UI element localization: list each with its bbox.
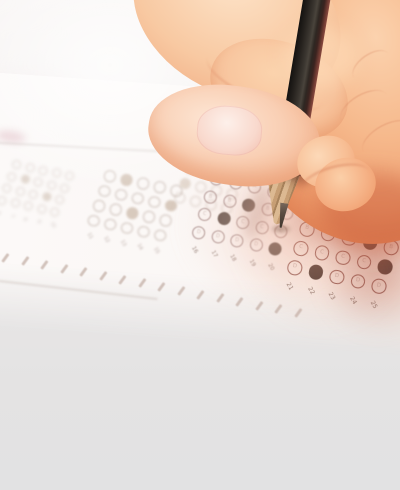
timing-mark — [21, 256, 29, 266]
timing-mark — [197, 289, 205, 299]
question-number: 12 — [102, 236, 109, 244]
question-number: 8 — [21, 217, 26, 222]
answer-bubble — [137, 225, 150, 238]
answer-bubble — [120, 221, 133, 234]
timing-mark — [138, 278, 146, 288]
answer-bubble — [50, 207, 60, 217]
timing-mark — [80, 267, 88, 277]
question-number: 15 — [152, 247, 159, 255]
answer-bubble — [28, 189, 38, 199]
answer-bubble — [36, 204, 46, 214]
answer-bubble — [2, 183, 12, 193]
photo-scene: 6789101112131415ABCD16ABD17ACD18ABCD19AB… — [0, 0, 400, 490]
answer-bubble — [0, 195, 7, 205]
answer-bubble — [54, 195, 64, 205]
answer-bubble — [104, 218, 117, 231]
timing-mark — [216, 293, 224, 303]
timing-mark — [177, 286, 185, 296]
answer-bubble — [10, 198, 20, 208]
timing-mark — [2, 252, 10, 262]
answer-bubble — [92, 199, 105, 212]
answer-bubble — [23, 201, 33, 211]
answer-bubble — [142, 210, 155, 223]
timing-mark — [60, 264, 68, 274]
timing-mark — [158, 282, 166, 292]
answer-bubble — [153, 229, 166, 242]
timing-mark — [119, 275, 127, 285]
question-number: 9 — [35, 220, 40, 225]
timing-mark — [99, 271, 107, 281]
answer-bubble — [15, 186, 25, 196]
answer-bubble — [148, 195, 161, 208]
timing-mark — [41, 260, 49, 270]
answer-bubble — [109, 203, 122, 216]
question-number: 10 — [48, 222, 55, 229]
question-number: 13 — [119, 240, 126, 248]
question-number: 14 — [136, 243, 143, 251]
answer-bubble — [126, 206, 139, 219]
answer-bubble — [41, 192, 51, 202]
question-number: 11 — [86, 232, 93, 240]
answer-bubble — [87, 214, 100, 227]
answer-bubble — [159, 214, 172, 227]
question-number: 7 — [8, 214, 13, 219]
